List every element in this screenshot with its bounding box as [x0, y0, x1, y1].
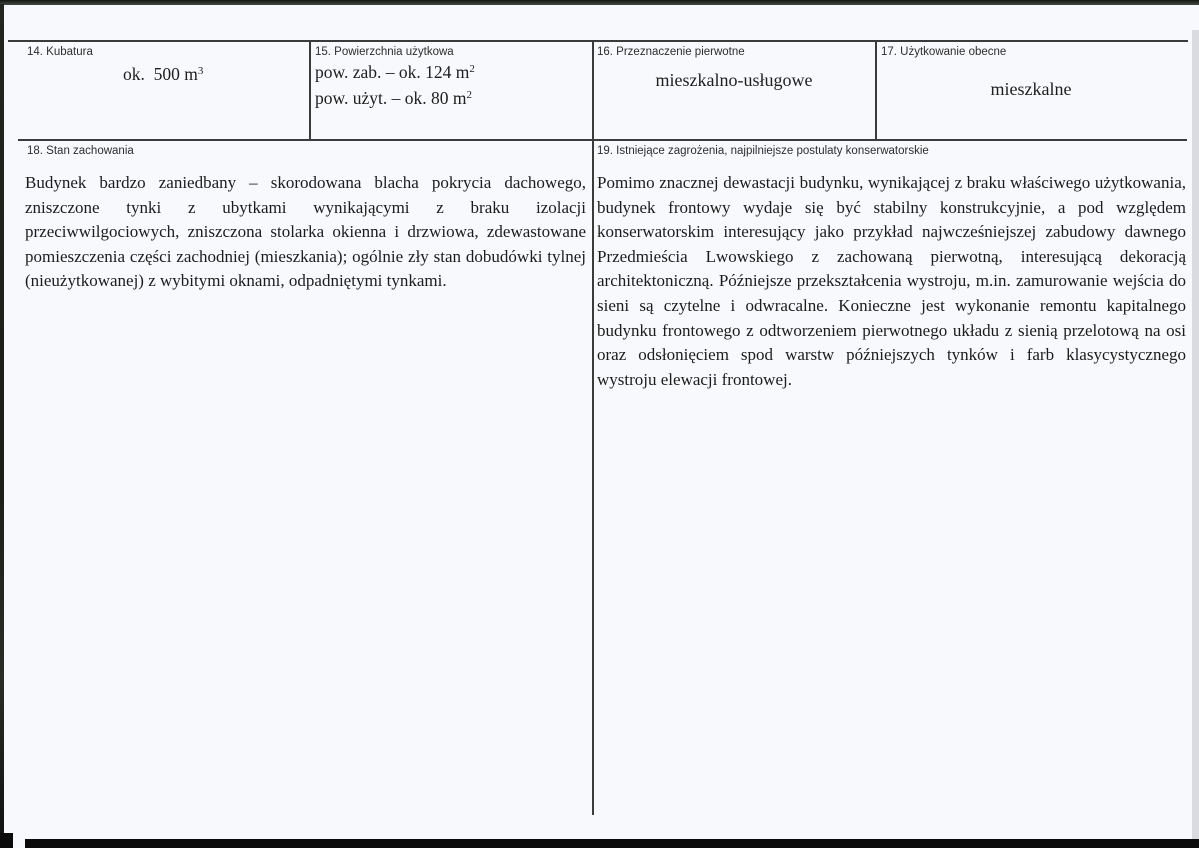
scan-edge-top — [0, 0, 1199, 5]
pow-zab-value-text: pow. zab. – ok. 124 m — [315, 62, 469, 82]
field-label-powierzchnia-uzytkowa: 15. Powierzchnia użytkowa — [315, 45, 454, 59]
field-label-stan-zachowania: 18. Stan zachowania — [27, 144, 134, 158]
kubatura-value-text: ok. 500 m — [123, 64, 198, 84]
field-value-kubatura: ok. 500 m3 — [123, 64, 203, 85]
table-rule-row-divider — [18, 139, 1187, 141]
field-label-przeznaczenie-pierwotne: 16. Przeznaczenie pierwotne — [597, 45, 745, 59]
field-value-uzytkowanie-obecne: mieszkalne — [877, 79, 1185, 100]
table-rule-top — [8, 40, 1188, 42]
field-value-powierzchnia-zabudowy: pow. zab. – ok. 124 m2 — [315, 62, 475, 83]
field-label-kubatura: 14. Kubatura — [27, 45, 93, 59]
field-label-uzytkowanie-obecne: 17. Użytkowanie obecne — [881, 45, 1006, 59]
scan-edge-left — [0, 4, 4, 848]
scan-edge-bottom-notch — [0, 833, 13, 848]
stan-zachowania-text: Budynek bardzo zaniedbany – skorodowana … — [25, 171, 586, 294]
scan-edge-right — [1192, 30, 1199, 848]
table-rule-col-14-15 — [309, 41, 311, 140]
field-value-powierzchnia-uzytkowa: pow. użyt. – ok. 80 m2 — [315, 88, 472, 109]
pow-uzyt-value-superscript: 2 — [467, 89, 473, 101]
document-page: 14. Kubatura 15. Powierzchnia użytkowa 1… — [0, 0, 1199, 848]
pow-zab-value-superscript: 2 — [469, 63, 475, 75]
scan-edge-bottom — [25, 839, 1199, 848]
field-value-przeznaczenie-pierwotne: mieszkalno-usługowe — [593, 70, 875, 91]
zagrozenia-postulaty-text: Pomimo znacznej dewastacji budynku, wyni… — [597, 171, 1186, 392]
kubatura-value-superscript: 3 — [198, 65, 204, 77]
table-rule-col-center — [592, 41, 594, 815]
field-label-zagrozenia-postulaty: 19. Istniejące zagrożenia, najpilniejsze… — [597, 144, 929, 158]
pow-uzyt-value-text: pow. użyt. – ok. 80 m — [315, 88, 467, 108]
